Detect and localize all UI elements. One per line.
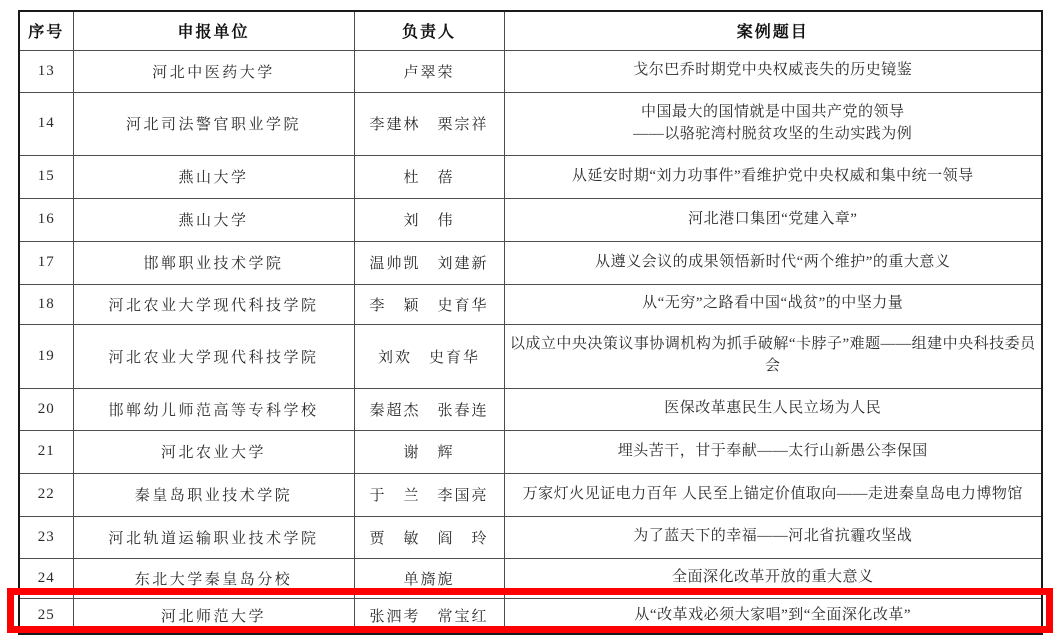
leader-cell: 卢翠荣: [354, 50, 504, 92]
title-cell: 以成立中央决策议事协调机构为抓手破解“卡脖子”难题——组建中央科技委员会: [504, 324, 1042, 388]
row-number-cell: 17: [19, 241, 73, 284]
table-row: 14 河北司法警官职业学院 李建林 栗宗祥 中国最大的国情就是中国共产党的领导 …: [19, 92, 1042, 155]
title-cell: 为了蓝天下的幸福——河北省抗霾攻坚战: [504, 516, 1042, 558]
row-number-cell: 19: [19, 324, 73, 388]
leader-cell: 刘欢 史育华: [354, 324, 504, 388]
title-cell: 从“改革戏必须大家唱”到“全面深化改革”: [504, 598, 1042, 634]
title-cell: 从延安时期“刘力功事件”看维护党中央权威和集中统一领导: [504, 155, 1042, 198]
row-number-cell: 25: [19, 598, 73, 634]
table-row: 13 河北中医药大学 卢翠荣 戈尔巴乔时期党中央权威丧失的历史镜鉴: [19, 50, 1042, 92]
title-cell: 戈尔巴乔时期党中央权威丧失的历史镜鉴: [504, 50, 1042, 92]
header-title: 案例题目: [504, 11, 1042, 50]
unit-cell: 河北轨道运输职业技术学院: [73, 516, 354, 558]
title-cell: 从“无穷”之路看中国“战贫”的中坚力量: [504, 284, 1042, 324]
header-no: 序号: [19, 11, 73, 50]
leader-cell: 李建林 栗宗祥: [354, 92, 504, 155]
unit-cell: 邯郸幼儿师范高等专科学校: [73, 388, 354, 430]
title-cell: 中国最大的国情就是中国共产党的领导 ——以骆驼湾村脱贫攻坚的生动实践为例: [504, 92, 1042, 155]
row-number-cell: 16: [19, 198, 73, 241]
title-cell: 河北港口集团“党建入章”: [504, 198, 1042, 241]
title-cell: 医保改革惠民生人民立场为人民: [504, 388, 1042, 430]
table-row: 20 邯郸幼儿师范高等专科学校 秦超杰 张春连 医保改革惠民生人民立场为人民: [19, 388, 1042, 430]
row-number-cell: 15: [19, 155, 73, 198]
table-row: 18 河北农业大学现代科技学院 李 颖 史育华 从“无穷”之路看中国“战贫”的中…: [19, 284, 1042, 324]
table-row: 24 东北大学秦皇岛分校 单旖旎 全面深化改革开放的重大意义: [19, 558, 1042, 598]
leader-cell: 贾 敏 阎 玲: [354, 516, 504, 558]
row-number-cell: 24: [19, 558, 73, 598]
unit-cell: 河北司法警官职业学院: [73, 92, 354, 155]
table-row: 16 燕山大学 刘 伟 河北港口集团“党建入章”: [19, 198, 1042, 241]
unit-cell: 秦皇岛职业技术学院: [73, 473, 354, 516]
header-unit: 申报单位: [73, 11, 354, 50]
unit-cell: 河北农业大学: [73, 430, 354, 473]
title-cell: 埋头苦干，甘于奉献——太行山新愚公李保国: [504, 430, 1042, 473]
title-cell: 全面深化改革开放的重大意义: [504, 558, 1042, 598]
row-number-cell: 13: [19, 50, 73, 92]
leader-cell: 刘 伟: [354, 198, 504, 241]
row-number-cell: 22: [19, 473, 73, 516]
leader-cell: 李 颖 史育华: [354, 284, 504, 324]
table-row-highlighted: 25 河北师范大学 张泗考 常宝红 从“改革戏必须大家唱”到“全面深化改革”: [19, 598, 1042, 634]
leader-cell: 张泗考 常宝红: [354, 598, 504, 634]
leader-cell: 杜 蓓: [354, 155, 504, 198]
row-number-cell: 23: [19, 516, 73, 558]
unit-cell: 河北农业大学现代科技学院: [73, 324, 354, 388]
table-row: 23 河北轨道运输职业技术学院 贾 敏 阎 玲 为了蓝天下的幸福——河北省抗霾攻…: [19, 516, 1042, 558]
row-number-cell: 18: [19, 284, 73, 324]
page: 序号 申报单位 负责人 案例题目 13 河北中医药大学 卢翠荣 戈尔巴乔时期党中…: [0, 0, 1059, 640]
title-cell: 从遵义会议的成果领悟新时代“两个维护”的重大意义: [504, 241, 1042, 284]
table-row: 22 秦皇岛职业技术学院 于 兰 李国亮 万家灯火见证电力百年 人民至上锚定价值…: [19, 473, 1042, 516]
unit-cell: 邯郸职业技术学院: [73, 241, 354, 284]
leader-cell: 秦超杰 张春连: [354, 388, 504, 430]
unit-cell: 河北师范大学: [73, 598, 354, 634]
row-number-cell: 14: [19, 92, 73, 155]
unit-cell: 东北大学秦皇岛分校: [73, 558, 354, 598]
unit-cell: 河北中医药大学: [73, 50, 354, 92]
leader-cell: 谢 辉: [354, 430, 504, 473]
row-number-cell: 21: [19, 430, 73, 473]
unit-cell: 燕山大学: [73, 198, 354, 241]
unit-cell: 燕山大学: [73, 155, 354, 198]
table-row: 17 邯郸职业技术学院 温帅凯 刘建新 从遵义会议的成果领悟新时代“两个维护”的…: [19, 241, 1042, 284]
table-row: 19 河北农业大学现代科技学院 刘欢 史育华 以成立中央决策议事协调机构为抓手破…: [19, 324, 1042, 388]
leader-cell: 单旖旎: [354, 558, 504, 598]
unit-cell: 河北农业大学现代科技学院: [73, 284, 354, 324]
leader-cell: 温帅凯 刘建新: [354, 241, 504, 284]
header-row: 序号 申报单位 负责人 案例题目: [19, 11, 1042, 50]
leader-cell: 于 兰 李国亮: [354, 473, 504, 516]
title-cell: 万家灯火见证电力百年 人民至上锚定价值取向——走进秦皇岛电力博物馆: [504, 473, 1042, 516]
table-row: 15 燕山大学 杜 蓓 从延安时期“刘力功事件”看维护党中央权威和集中统一领导: [19, 155, 1042, 198]
table-row: 21 河北农业大学 谢 辉 埋头苦干，甘于奉献——太行山新愚公李保国: [19, 430, 1042, 473]
case-list-table: 序号 申报单位 负责人 案例题目 13 河北中医药大学 卢翠荣 戈尔巴乔时期党中…: [18, 10, 1043, 635]
row-number-cell: 20: [19, 388, 73, 430]
header-leader: 负责人: [354, 11, 504, 50]
